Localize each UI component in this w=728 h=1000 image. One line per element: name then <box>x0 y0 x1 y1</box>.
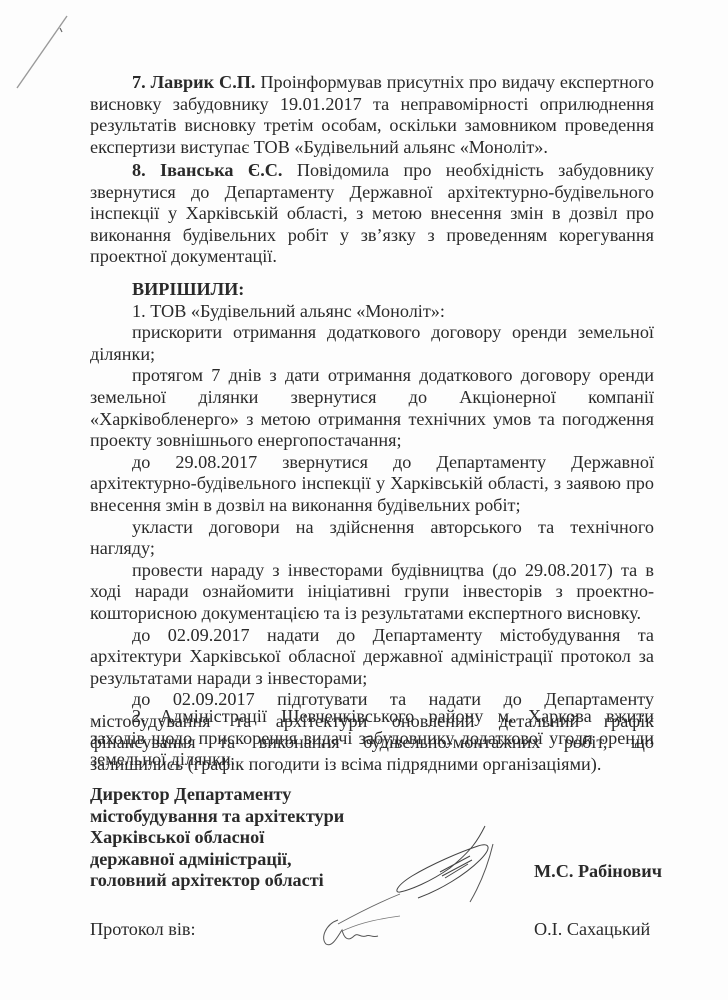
decision-item: до 02.09.2017 надати до Департаменту міс… <box>90 625 654 690</box>
decision-item: провести нараду з інвесторами будівництв… <box>90 560 654 625</box>
decision-item: укласти договори на здійснення авторсько… <box>90 517 654 560</box>
decision-section: ВИРІШИЛИ: 1. ТОВ «Будівельний альянс «Мо… <box>90 279 654 776</box>
item-7-number: 7. <box>132 72 146 92</box>
document-page: 7. Лаврик С.П. Проінформував присутніх п… <box>0 0 728 1000</box>
decision-item: до 29.08.2017 звернутися до Департаменту… <box>90 452 654 517</box>
director-name: М.С. Рабінович <box>534 861 662 882</box>
decision-heading: ВИРІШИЛИ: <box>90 279 654 301</box>
protocol-label: Протокол вів: <box>90 919 196 940</box>
decision-item: протягом 7 днів з дати отримання додатко… <box>90 365 654 451</box>
decision-point-2: 2. Адміністрації Шевченківського району … <box>90 706 654 771</box>
item-7-paragraph: 7. Лаврик С.П. Проінформував присутніх п… <box>90 72 654 158</box>
item-8-number: 8. <box>132 160 146 180</box>
decision-item: прискорити отримання додаткового договор… <box>90 322 654 365</box>
decision-point-2-text: 2. Адміністрації Шевченківського району … <box>90 706 654 771</box>
margin-pen-mark-icon <box>14 14 74 94</box>
handwritten-signatures-icon <box>300 820 510 950</box>
director-title-line: Директор Департаменту <box>90 784 344 806</box>
decision-point-1-title: 1. ТОВ «Будівельний альянс «Моноліт»: <box>90 301 654 323</box>
protocol-author-name: О.І. Сахацький <box>534 919 650 940</box>
item-7-speaker: Лаврик С.П. <box>151 72 256 92</box>
item-8-paragraph: 8. Іванська Є.С. Повідомила про необхідн… <box>90 160 654 268</box>
item-8-speaker: Іванська Є.С. <box>160 160 282 180</box>
